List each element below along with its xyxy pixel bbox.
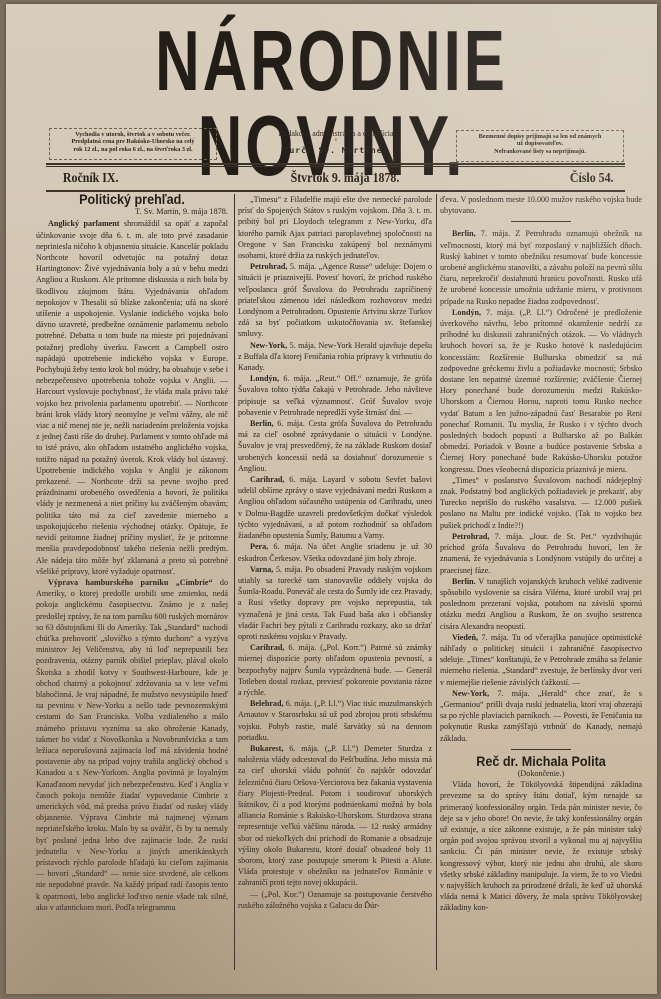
dateline: Ročník IX. Štvrtok 9. mája 1878. Číslo 5…	[58, 170, 617, 188]
dispatch-dateline: New-York,	[452, 689, 489, 698]
dispatch-dateline: New-York,	[250, 341, 287, 350]
dispatch-dateline: Londýn,	[452, 308, 481, 317]
subscription-info-box: Vychodia v utorok, štvrtok a v sobotu ve…	[49, 128, 217, 160]
column-divider	[234, 194, 235, 970]
paragraph-text: — („Pol. Kor.“) Oznamuje sa postupovanie…	[238, 890, 432, 910]
editorial-line: Redakcia, administrácia a expedícia	[226, 129, 446, 138]
paragraph-text: 6. mája. („P. Ll.“) Demeter Sturdza z na…	[238, 744, 432, 887]
issue-date: Štvrtok 9. mája 1878.	[290, 171, 399, 187]
dispatch-dateline: Viedeň,	[452, 633, 478, 642]
paragraph-text: 5. mája. „Agence Russe“ udeluje: Dojem o…	[238, 262, 432, 338]
column-divider	[436, 194, 437, 970]
paragraph-text: „Times“ v poslanstvo Šuvalovom nachodí n…	[440, 476, 642, 530]
paragraph-text: ďeva. V poslednom meste 10.000 mužov rus…	[440, 195, 642, 215]
header-rule-top	[46, 163, 625, 165]
editorial-address: Redakcia, administrácia a expedícia v Tu…	[226, 129, 446, 155]
article-paragraph: Carihrad, 6. mája. Layard v sobotu Sevfe…	[238, 474, 432, 541]
dispatch-dateline: Carihrad,	[250, 475, 284, 484]
article-heading: Reč dr. Michala Polita	[450, 756, 632, 767]
dispatch-dateline: Anglický parlament	[48, 219, 119, 228]
paragraph-text: „Timesu“ z Filadelfie majú ešte dve neme…	[238, 195, 432, 260]
article-paragraph: „Times“ v poslanstvo Šuvalovom nachodí n…	[440, 475, 642, 531]
article-heading: Politický prehľad.	[46, 194, 219, 205]
issue-number: Číslo 54.	[569, 171, 613, 187]
article-paragraph: Londýn, 7. mája. („P. Ll.“) Odročené je …	[440, 307, 642, 475]
article-paragraph: Berlin. V tunajších vojanských kruhoch v…	[440, 576, 642, 632]
dispatch-dateline: Berlin,	[452, 229, 476, 238]
policy-line: Bezmenné dopisy prijímajú sa len od znám…	[460, 133, 620, 140]
column-news-and-speech: ďeva. V poslednom meste 10.000 mužov rus…	[440, 194, 642, 914]
article-paragraph: Petrohrad, 7. mája. „Jour. de St. Pet.“ …	[440, 531, 642, 576]
dispatch-dateline: Belehrad,	[250, 699, 284, 708]
section-separator	[511, 749, 571, 750]
editorial-place: Turč. Sv. Martine.	[226, 146, 446, 155]
article-byline: T. Sv. Martin, 9. mája 1878.	[36, 206, 228, 217]
article-paragraph: Varna, 5. mája. Po obsadení Pravady rusk…	[238, 564, 432, 642]
section-separator	[511, 221, 571, 222]
header-rule-top-thin	[46, 166, 625, 167]
article-paragraph: New-York, 5. mája. New-York Herald ujavň…	[238, 340, 432, 374]
policy-line: Nefrankované listy sa neprijímajú.	[460, 148, 620, 155]
paragraph-text: 5. mája. Po obsadení Pravady ruským vojs…	[238, 565, 432, 641]
dispatch-dateline: Petrohrad,	[250, 262, 287, 271]
dispatch-dateline: Londýn,	[250, 374, 279, 383]
article-paragraph: Berlin, 7. mája. Z Petrohradu oznamujú o…	[440, 228, 642, 306]
article-paragraph: Belehrad, 6. mája. („P. Ll.“) Viac tisíc…	[238, 698, 432, 743]
policy-line: už dopisovateľov.	[460, 140, 620, 147]
article-paragraph: Londýn, 6. mája. „Reut.“ Off.“ oznamuje,…	[238, 373, 432, 418]
article-subheading: (Dokončenie.)	[440, 768, 642, 779]
paragraph-text: shromáždil sa opäť a započal účinkovanie…	[36, 219, 228, 575]
article-paragraph: Pera, 6. mája. Na účet Anglie sriadenu j…	[238, 541, 432, 563]
paragraph-text: 6. mája. Layard v sobotu Sevfet bašovi u…	[238, 475, 432, 540]
article-paragraph: Vláda hovorí, že Tökölyovská štipendijná…	[440, 779, 642, 913]
article-paragraph: Viedeň, 7. mája. Tu od včerajška panujúc…	[440, 632, 642, 688]
dispatch-dateline: Výprava hamburského parníku „Cimbrie“	[48, 578, 213, 587]
article-paragraph: Výprava hamburského parníku „Cimbrie“ do…	[36, 577, 228, 913]
subscription-line: rok 12 zl., na pol roka 6 zl., na štvrťr…	[53, 146, 213, 153]
letters-policy-box: Bezmenné dopisy prijímajú sa len od znám…	[456, 130, 624, 162]
dispatch-dateline: Varna,	[250, 565, 273, 574]
subscription-line: Vychodia v utorok, štvrtok a v sobotu ve…	[53, 131, 213, 138]
volume-number: Ročník IX.	[63, 171, 119, 187]
dispatch-dateline: Bukarest,	[250, 744, 283, 753]
article-paragraph: New-York, 7. mája. „Herald“ chce znať, ž…	[440, 688, 642, 744]
article-paragraph: Carihrad, 6. mája. („Pol. Korr.“) Patrné…	[238, 642, 432, 698]
article-paragraph: „Timesu“ z Filadelfie majú ešte dve neme…	[238, 194, 432, 261]
subscription-line: Predplatná cena pre Rakúsko-Uhorsko na c…	[53, 138, 213, 145]
column-political-overview: Politický prehľad. T. Sv. Martin, 9. máj…	[36, 194, 228, 913]
article-paragraph: Berlin, 6. mája. Cesta grófa Šuvalova do…	[238, 418, 432, 474]
dispatch-dateline: Carihrad,	[250, 643, 284, 652]
paragraph-text: 7. mája. („P. Ll.“) Odročené je predlože…	[440, 308, 642, 474]
dispatch-dateline: Berlin,	[250, 419, 274, 428]
article-paragraph: Petrohrad, 5. mája. „Agence Russe“ udelu…	[238, 261, 432, 339]
dispatch-dateline: Berlin.	[452, 577, 476, 586]
paragraph-text: 7. mája. Z Petrohradu oznamujú obežník n…	[440, 229, 642, 305]
paragraph-text: do Ameriky, o ktorej predošle urobili sm…	[36, 578, 228, 912]
dispatch-dateline: Pera,	[250, 542, 268, 551]
article-paragraph: Anglický parlament shromáždil sa opäť a …	[36, 218, 228, 577]
column-news-dispatches: „Timesu“ z Filadelfie majú ešte dve neme…	[238, 194, 432, 911]
newspaper-page: NÁRODNIE NOVINY. Vychodia v utorok, štvr…	[6, 4, 657, 994]
dispatch-dateline: Petrohrad,	[452, 532, 489, 541]
article-paragraph: ďeva. V poslednom meste 10.000 mužov rus…	[440, 194, 642, 216]
article-paragraph: — („Pol. Kor.“) Oznamuje sa postupovanie…	[238, 889, 432, 911]
editorial-line: v	[226, 138, 446, 144]
article-paragraph: Bukarest, 6. mája. („P. Ll.“) Demeter St…	[238, 743, 432, 889]
paragraph-text: 6. mája. Na účet Anglie sriadenu je už 3…	[238, 542, 432, 562]
